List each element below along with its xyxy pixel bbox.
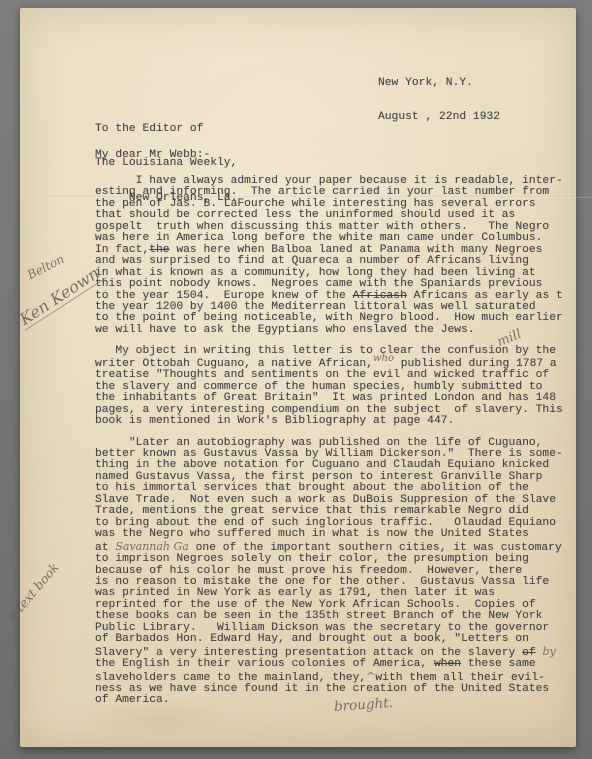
typed-text: Slavery" a very interesting presentation… bbox=[95, 647, 522, 659]
typed-text: this point nobody knows. Negroes came wi… bbox=[95, 278, 542, 290]
handwritten-insertion: by bbox=[542, 645, 555, 658]
typed-text: In fact, bbox=[95, 244, 149, 256]
typed-text: "Later an autobiography was published on… bbox=[95, 437, 542, 449]
typed-text: the English in their various colonies of… bbox=[95, 658, 434, 670]
typed-text: the slavery and commerce of the human sp… bbox=[95, 381, 542, 393]
handwritten-insertion: ^ bbox=[366, 670, 375, 683]
typed-text: was the Negro who suffered much in what … bbox=[95, 528, 529, 540]
strikethrough-text: when bbox=[434, 658, 461, 670]
letter-body: I have always admired your paper because… bbox=[95, 176, 580, 717]
typed-text: Trade, mentions the great service that t… bbox=[95, 505, 529, 517]
typed-text: was here in America long before the whit… bbox=[95, 232, 542, 244]
typed-text: at bbox=[95, 542, 115, 554]
letter-header: New York, N.Y. August , 22nd 1932 bbox=[378, 55, 500, 147]
typed-text: slaveholders came to the mainland, they, bbox=[95, 672, 366, 684]
paper-crease bbox=[572, 38, 574, 198]
typed-text: because of his color he must prove his f… bbox=[95, 565, 522, 577]
typed-text: Africans as early as t bbox=[407, 290, 563, 302]
typed-text: writer Ottobah Cuguano, a native African… bbox=[95, 358, 373, 370]
strikethrough-text: the bbox=[149, 244, 169, 256]
typed-text: to the year 1504. Europe knew of the bbox=[95, 290, 353, 302]
typed-text: the inhabitants of Great Britain" It was… bbox=[95, 392, 556, 404]
handwritten-insertion: Savannah Ga bbox=[115, 540, 189, 553]
typed-text: one of the important southern cities, it… bbox=[189, 542, 562, 554]
typed-text: thing in the above notation for Cuguano … bbox=[95, 459, 549, 471]
typed-text: to bring about the end of such ingloriou… bbox=[95, 517, 556, 529]
paragraph: "Later an autobiography was published on… bbox=[95, 438, 580, 707]
paragraph: My object in writing this letter is to c… bbox=[95, 346, 580, 427]
recipient-line: To the Editor of bbox=[95, 124, 237, 135]
strikethrough-text: Africash bbox=[353, 290, 407, 302]
letter-place: New York, N.Y. bbox=[378, 78, 500, 89]
paragraph: I have always admired your paper because… bbox=[95, 176, 580, 336]
typed-text: that should be corrected less the uninfo… bbox=[95, 209, 515, 221]
typed-text: Slave Trade. Not even such a work as DuB… bbox=[95, 494, 556, 506]
typed-text: gospelt truth when discussing this matte… bbox=[95, 221, 549, 233]
typed-line: slaveholders came to the mainland, they,… bbox=[95, 671, 580, 684]
typed-text: to his immortal services that brought ab… bbox=[95, 482, 529, 494]
typed-text: with them all their evil- bbox=[375, 672, 544, 684]
typed-text: these books can be seen in the 135th str… bbox=[95, 610, 542, 622]
typed-text: in what is known as a community, how lon… bbox=[95, 267, 536, 279]
typed-text: was here when Balboa laned at Panama wit… bbox=[170, 244, 543, 256]
typed-text: these same bbox=[461, 658, 536, 670]
typed-line: of Barbados Hon. Edward Hay, and brought… bbox=[95, 634, 580, 645]
typed-text: My object in writing this letter is to c… bbox=[95, 345, 556, 357]
typed-text: we will have to ask the Egyptians who en… bbox=[95, 324, 475, 336]
typed-text: esting and informing. The article carrie… bbox=[95, 186, 549, 198]
letter-date: August , 22nd 1932 bbox=[378, 112, 500, 123]
typed-text: of Barbados Hon. Edward Hay, and brought… bbox=[95, 633, 529, 645]
typed-text: book is mentioned in Work's Bibliography… bbox=[95, 415, 454, 427]
typed-line: book is mentioned in Work's Bibliography… bbox=[95, 416, 580, 427]
handwritten-insertion: who bbox=[373, 353, 394, 364]
typed-line: My object in writing this letter is to c… bbox=[95, 346, 580, 357]
typed-text: to the point of being noticeable, with N… bbox=[95, 312, 563, 324]
typed-text: treatise "Thoughts and sentiments on the… bbox=[95, 369, 549, 381]
typed-text: pages, a very interesting compendium on … bbox=[95, 404, 563, 416]
typed-text: Public Library. William Dickson was the … bbox=[95, 622, 549, 634]
typed-text: of America. bbox=[95, 694, 170, 706]
typed-text: published during 1787 a bbox=[394, 358, 557, 370]
photograph-background: New York, N.Y. August , 22nd 1932 To the… bbox=[0, 0, 592, 759]
typed-line: the English in their various colonies of… bbox=[95, 659, 580, 670]
typed-text: and was surprised to find at Quareca a n… bbox=[95, 255, 529, 267]
typed-text: to imprison Negroes solely on their colo… bbox=[95, 553, 529, 565]
typed-text: was printed in New York as early as 1791… bbox=[95, 587, 495, 599]
salutation: My dear Mr Webb:- bbox=[95, 150, 210, 161]
strikethrough-text: of bbox=[522, 647, 536, 659]
